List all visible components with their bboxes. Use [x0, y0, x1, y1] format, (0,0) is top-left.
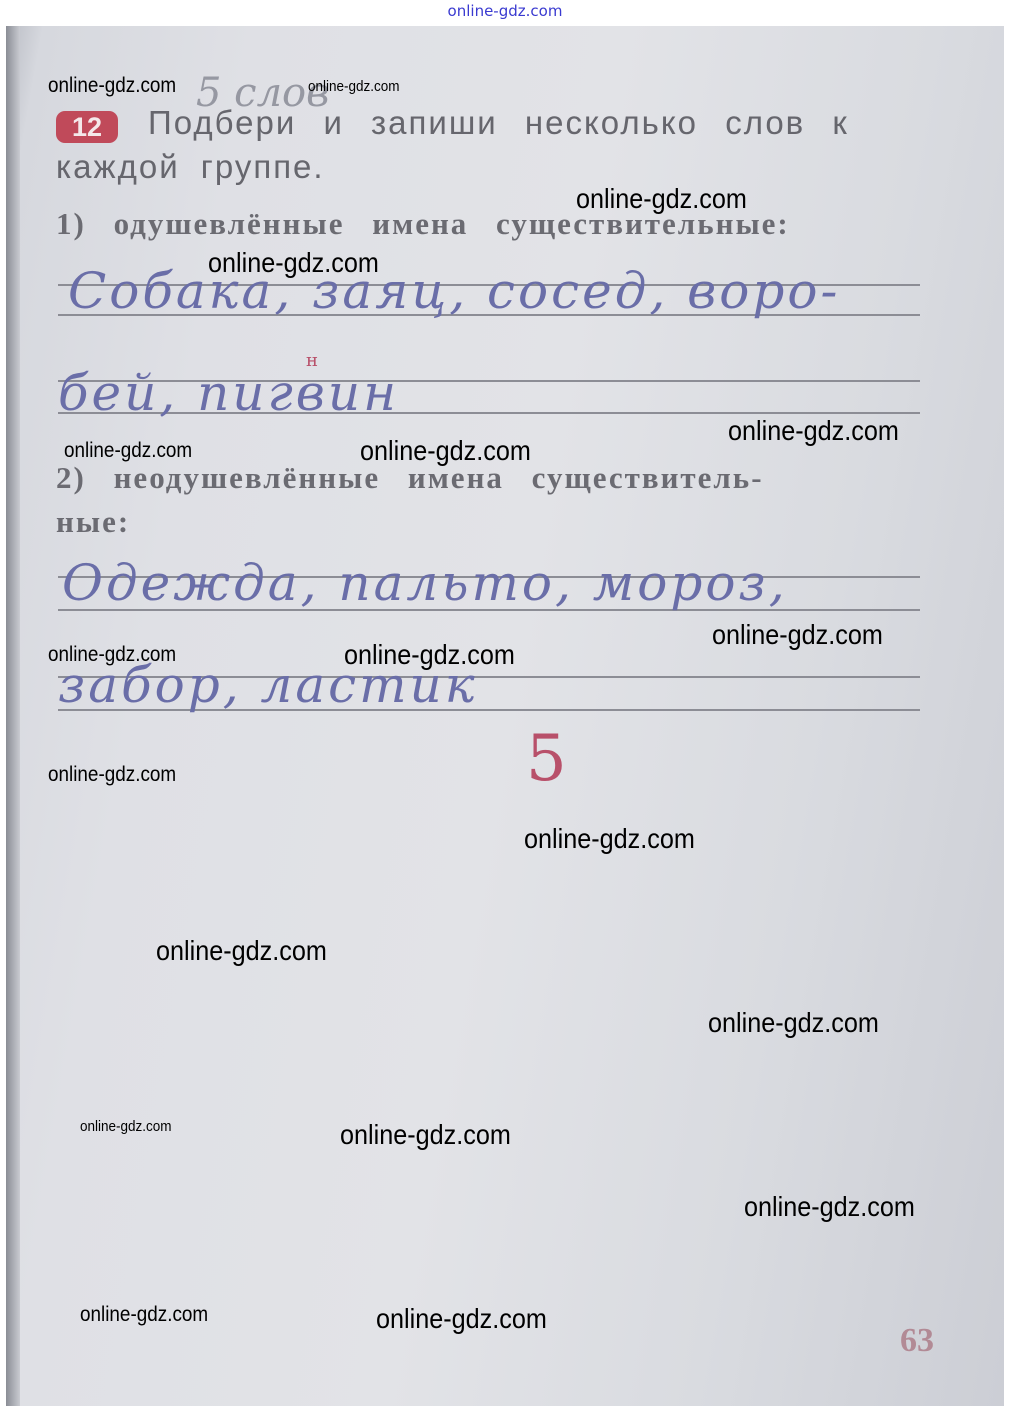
watermark: online-gdz.com [376, 1303, 547, 1335]
watermark: online-gdz.com [712, 619, 883, 651]
watermark: online-gdz.com [340, 1119, 511, 1151]
watermark: online-gdz.com [48, 763, 176, 787]
page-number: 63 [900, 1322, 934, 1360]
watermark: online-gdz.com [80, 1303, 208, 1327]
watermark: online-gdz.com [80, 1118, 172, 1135]
watermark: online-gdz.com [208, 247, 379, 279]
answer-2-line-1: Одежда, пальто, мороз, [62, 554, 788, 612]
group-2-label-line-2: ные: [56, 504, 130, 540]
grade-mark: 5 [526, 722, 567, 796]
watermark: online-gdz.com [308, 78, 400, 95]
watermark: online-gdz.com [360, 435, 531, 467]
watermark: online-gdz.com [524, 823, 695, 855]
instruction-line-2: каждой группе. [56, 148, 325, 186]
watermark: online-gdz.com [48, 74, 176, 98]
watermark: online-gdz.com [48, 643, 176, 667]
watermark: online-gdz.com [156, 935, 327, 967]
answer-1-line-1: Собака, заяц, сосед, воро- [68, 262, 840, 320]
watermark: online-gdz.com [576, 183, 747, 215]
watermark: online-gdz.com [64, 439, 192, 463]
instruction-line-1: Подбери и запиши несколько слов к [148, 104, 849, 142]
watermark: online-gdz.com [708, 1007, 879, 1039]
answer-1-line-2: бей, пигвин [58, 364, 399, 422]
exercise-number-badge: 12 [56, 111, 118, 143]
watermark: online-gdz.com [344, 639, 515, 671]
watermark: online-gdz.com [728, 415, 899, 447]
watermark: online-gdz.com [744, 1191, 915, 1223]
site-banner[interactable]: online-gdz.com [0, 0, 1010, 22]
